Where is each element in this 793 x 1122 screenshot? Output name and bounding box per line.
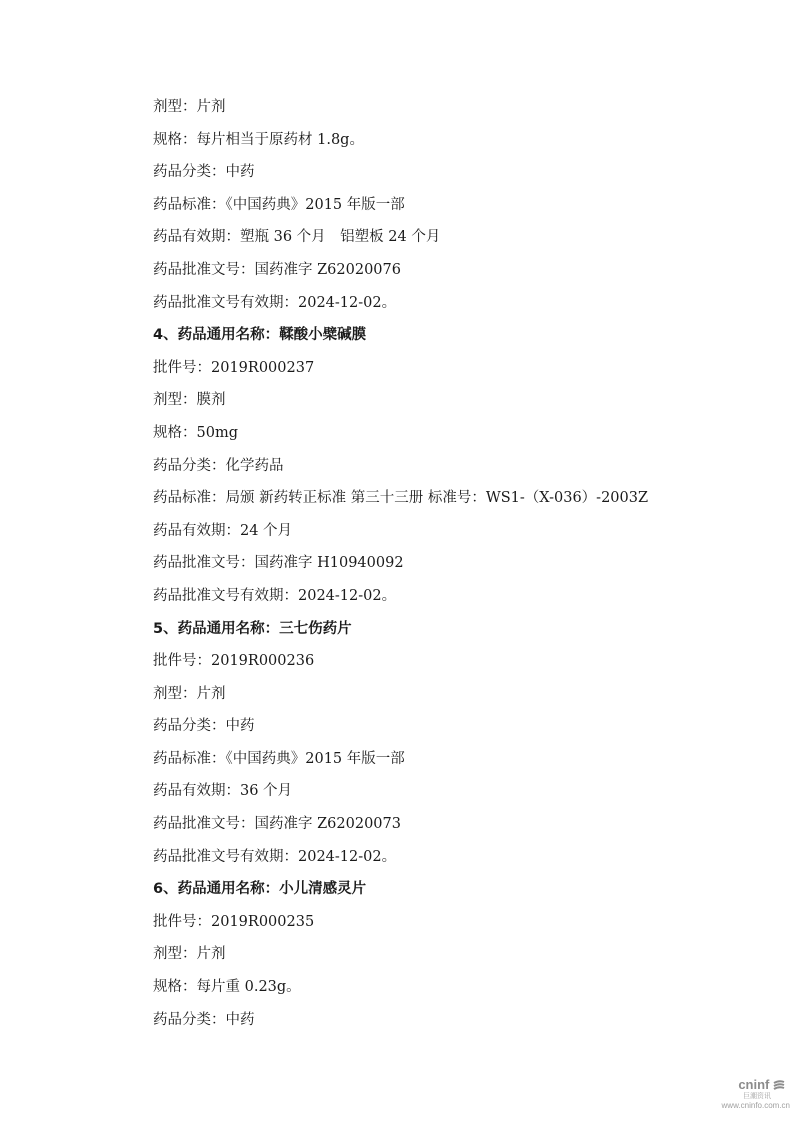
batch-number-line: 批件号：2019R000236 (153, 650, 713, 683)
drug-heading-4: 4、药品通用名称：鞣酸小檗碱膜 (153, 324, 713, 357)
category-line: 药品分类：中药 (153, 1009, 713, 1042)
batch-number-line: 批件号：2019R000237 (153, 357, 713, 390)
logo-subtitle: 巨潮资讯 (713, 1092, 793, 1101)
batch-number-line: 批件号：2019R000235 (153, 911, 713, 944)
category-line: 药品分类：化学药品 (153, 455, 713, 488)
dosage-form-line: 剂型：片剂 (153, 943, 713, 976)
dosage-form-line: 剂型：片剂 (153, 683, 713, 716)
category-line: 药品分类：中药 (153, 161, 713, 194)
specification-line: 规格：每片相当于原药材 1.8g。 (153, 129, 713, 162)
drug-heading-5: 5、药品通用名称：三七伤药片 (153, 618, 713, 651)
category-line: 药品分类：中药 (153, 715, 713, 748)
standard-line: 药品标准：《中国药典》2015 年版一部 (153, 194, 713, 227)
specification-line: 规格：每片重 0.23g。 (153, 976, 713, 1009)
logo-text: cninf (738, 1077, 769, 1092)
dosage-form-line: 剂型：膜剂 (153, 389, 713, 422)
validity-line: 药品有效期：36 个月 (153, 780, 713, 813)
cninfo-swoosh-icon (773, 1080, 785, 1090)
logo-url: www.cninfo.com.cn (713, 1101, 793, 1111)
approval-number-line: 药品批准文号：国药准字 H10940092 (153, 552, 713, 585)
validity-line: 药品有效期：24 个月 (153, 520, 713, 553)
validity-line: 药品有效期：塑瓶 36 个月 铝塑板 24 个月 (153, 226, 713, 259)
approval-validity-line: 药品批准文号有效期：2024-12-02。 (153, 292, 713, 325)
approval-validity-line: 药品批准文号有效期：2024-12-02。 (153, 585, 713, 618)
approval-number-line: 药品批准文号：国药准字 Z62020076 (153, 259, 713, 292)
document-body: 剂型：片剂 规格：每片相当于原药材 1.8g。 药品分类：中药 药品标准：《中国… (153, 96, 713, 1041)
dosage-form-line: 剂型：片剂 (153, 96, 713, 129)
approval-number-line: 药品批准文号：国药准字 Z62020073 (153, 813, 713, 846)
standard-line: 药品标准：局颁 新药转正标准 第三十三册 标准号：WS1-（X-036）-200… (153, 487, 713, 520)
specification-line: 规格：50mg (153, 422, 713, 455)
standard-line: 药品标准：《中国药典》2015 年版一部 (153, 748, 713, 781)
approval-validity-line: 药品批准文号有效期：2024-12-02。 (153, 846, 713, 879)
drug-heading-6: 6、药品通用名称：小儿清感灵片 (153, 878, 713, 911)
cninfo-logo: cninf (713, 1077, 793, 1092)
cninfo-watermark: cninf 巨潮资讯 www.cninfo.com.cn (713, 1077, 793, 1111)
